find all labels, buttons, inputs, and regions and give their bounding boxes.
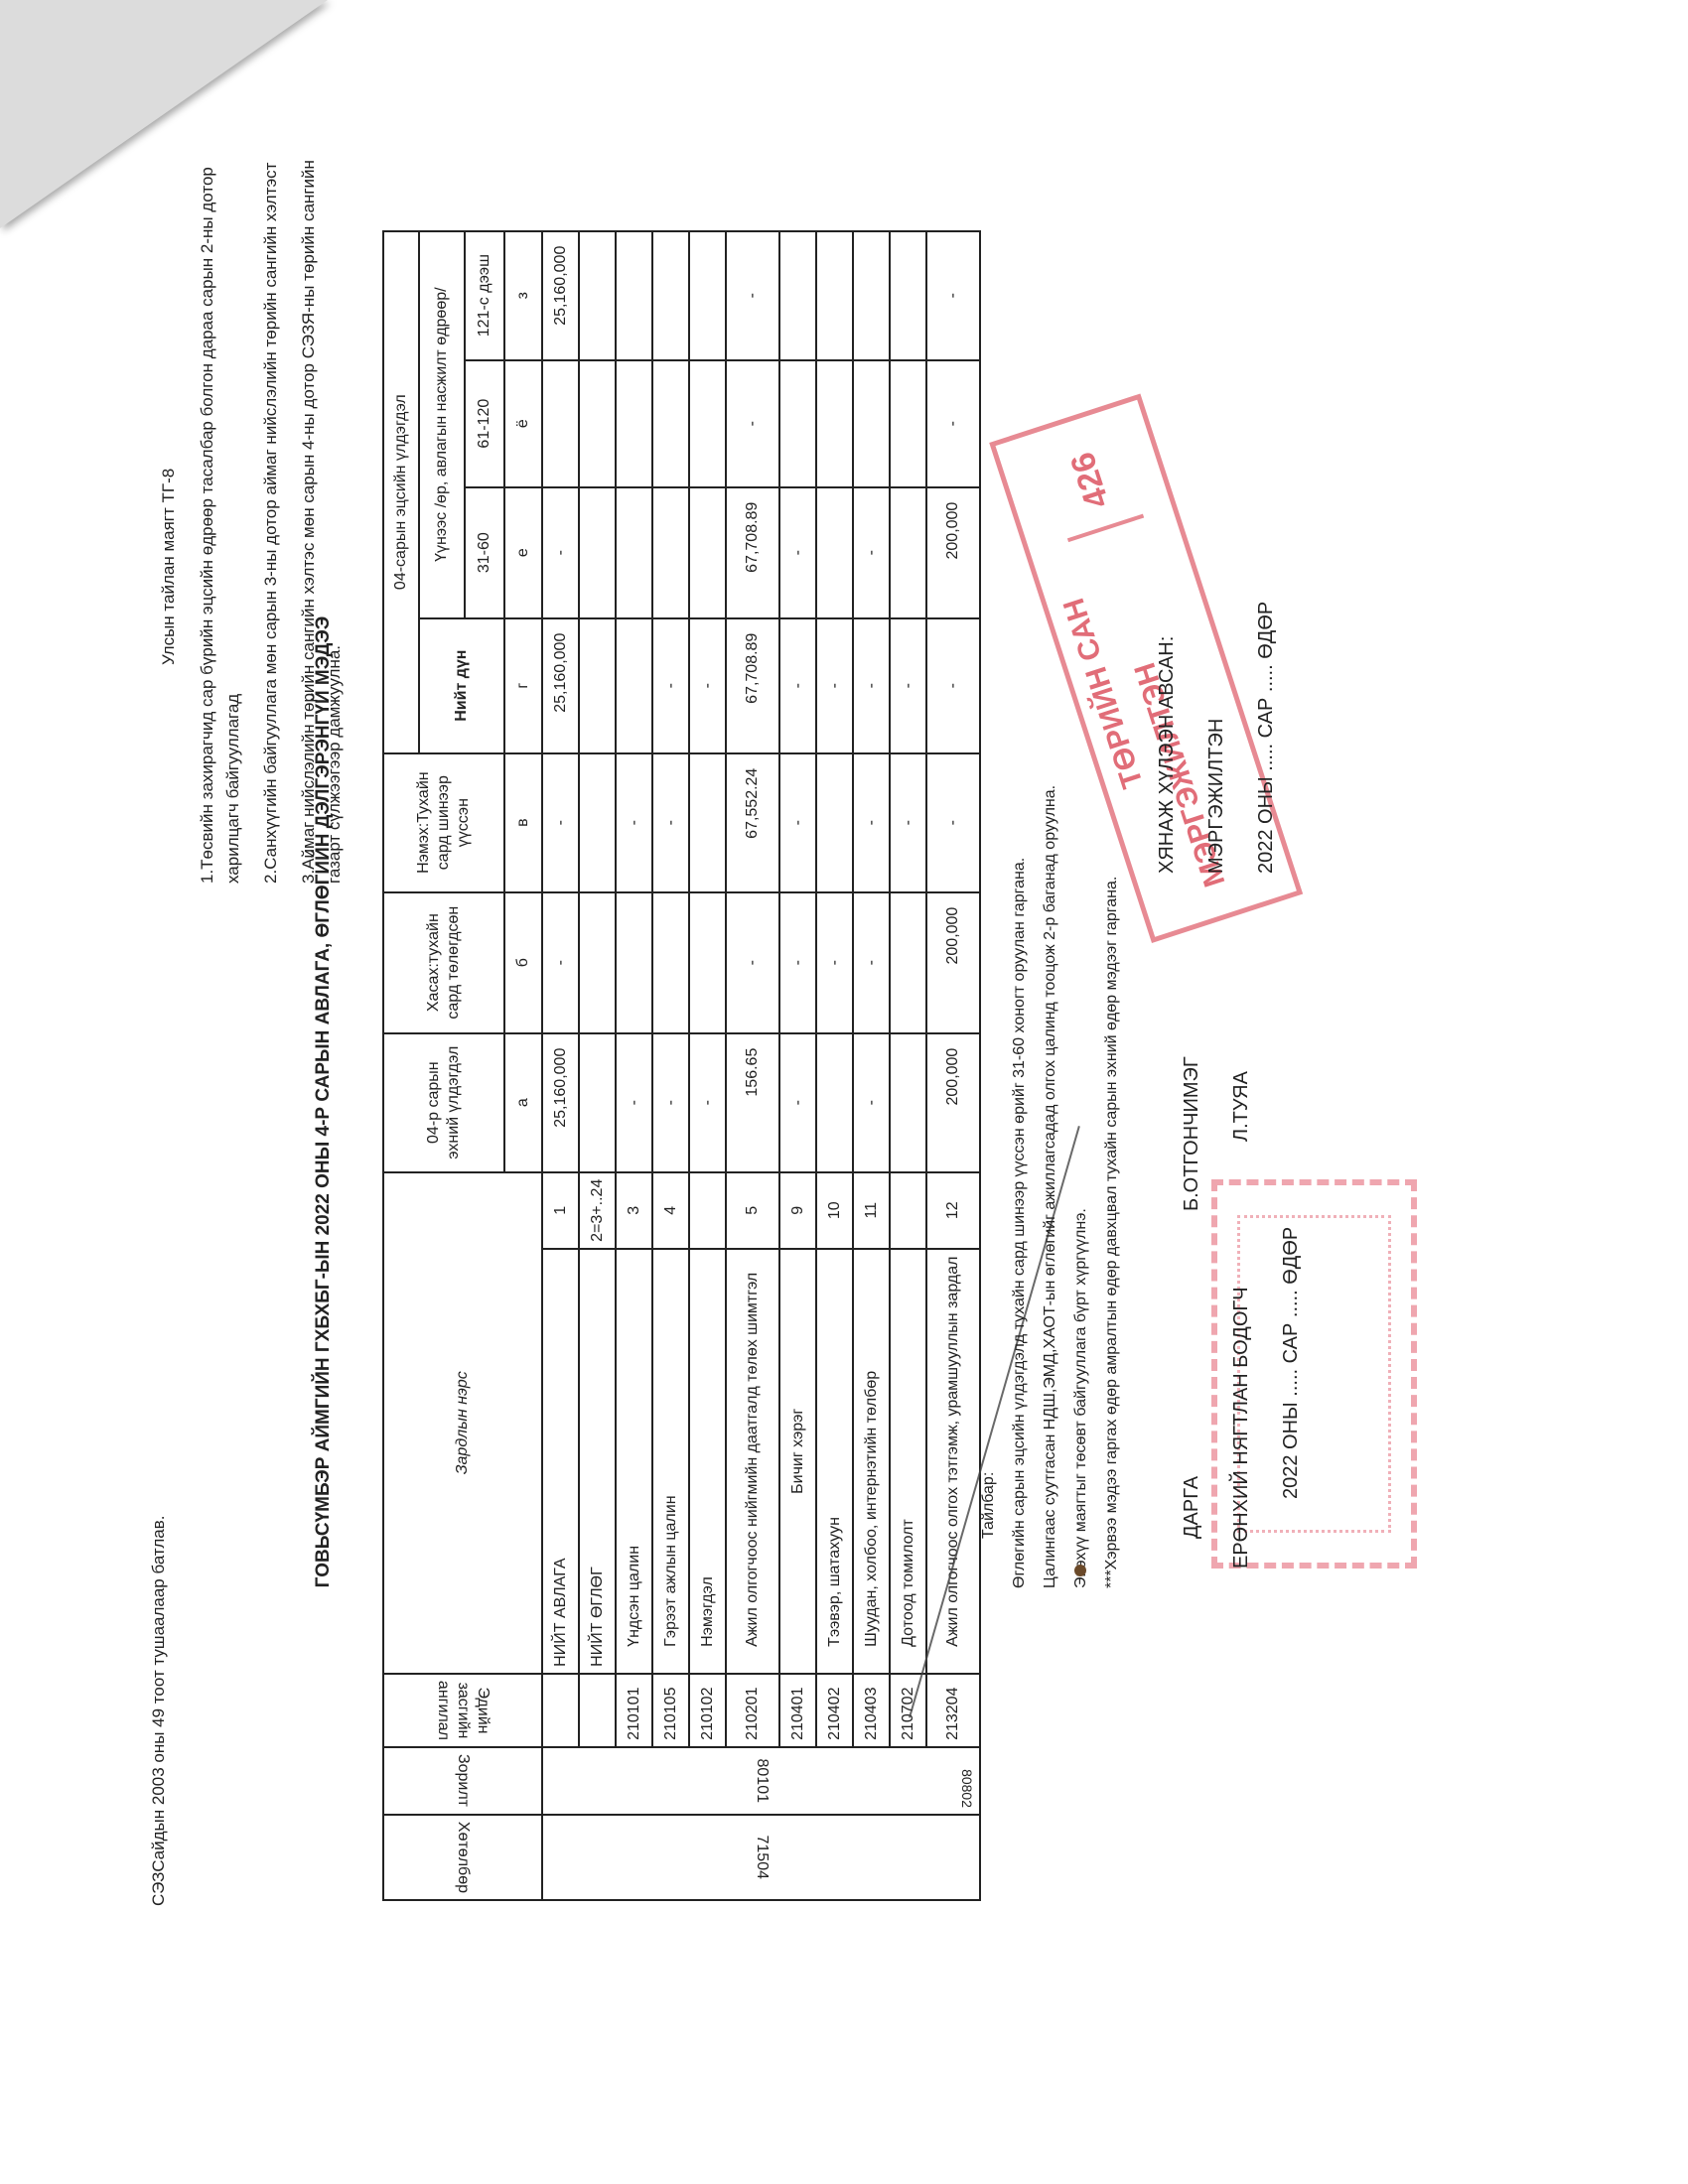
- cell-minus: [890, 892, 926, 1033]
- cell-minus: [579, 892, 616, 1033]
- expense-name: Нэмэгдэл: [689, 1249, 726, 1674]
- cell-d61-120: [779, 360, 816, 487]
- cell-opening: [816, 1033, 853, 1172]
- cell-plus: [689, 753, 726, 892]
- header-objective: Зорилт: [383, 1747, 542, 1815]
- date-line-right: 2022 ОНЫ ..... САР ..... ӨДӨР: [1241, 602, 1291, 874]
- cell-d31-60: [579, 487, 616, 618]
- row-number: [890, 1172, 926, 1249]
- expense-name: Ажил олгогчоос нийгмийн даатгалд төлөх ш…: [726, 1249, 779, 1674]
- reviewer-line-2: МЭРГЭЖИЛТЭН: [1192, 602, 1241, 874]
- signatures-left: ДАРГА Б.ОТГОНЧИМЭГ ЕРӨНХИЙ НЯГТЛАН БОДОГ…: [1167, 953, 1316, 1569]
- header-expense-name: Зардлын нэрс: [383, 1172, 542, 1674]
- cell-d61-120: [542, 360, 579, 487]
- cell-d61-120: -: [726, 360, 779, 487]
- cell-d121: [890, 231, 926, 360]
- expense-name: НИЙТ АВЛАГА: [542, 1249, 579, 1674]
- econ-code: 210702: [890, 1674, 926, 1747]
- report-sheet: СЭЗСайдын 2003 оны 49 тоот тушаалаар бат…: [0, 0, 1688, 2184]
- cell-opening: [890, 1033, 926, 1172]
- cell-d31-60: [816, 487, 853, 618]
- cell-opening: -: [779, 1033, 816, 1172]
- cell-total: [579, 618, 616, 753]
- approval-note: СЭЗСайдын 2003 оны 49 тоот тушаалаар бат…: [149, 1516, 169, 1906]
- header-aging-group: Үүнээс /өр, авлагын насжилт өдрөөр/: [419, 231, 465, 618]
- cell-opening: 25,160,000: [542, 1033, 579, 1172]
- cell-total: -: [779, 618, 816, 753]
- cell-d31-60: 200,000: [926, 487, 980, 618]
- cell-minus: [689, 892, 726, 1033]
- ink-dot: [1074, 1565, 1086, 1576]
- cell-d31-60: [689, 487, 726, 618]
- letter-a: а: [504, 1033, 542, 1172]
- header-minus: Хасах:тухайн сард төлөгдсөн: [383, 892, 504, 1033]
- cell-d121: [816, 231, 853, 360]
- footnote-label: Тайлбар:: [973, 785, 1004, 1539]
- letter-yo: ё: [504, 360, 542, 487]
- cell-minus: -: [816, 892, 853, 1033]
- row-number: 1: [542, 1172, 579, 1249]
- header-opening: 04-р сарын эхний үлдэгдэл: [383, 1033, 504, 1172]
- cell-d31-60: 67,708.89: [726, 487, 779, 618]
- cell-total: -: [853, 618, 890, 753]
- accountant-title: ЕРӨНХИЙ НЯГТЛАН БОДОГЧ: [1230, 1287, 1252, 1569]
- cell-total: -: [689, 618, 726, 753]
- receivables-payables-table: Хөтөлбөр Зорилт Эдийн засгийн ангилал За…: [382, 230, 981, 1901]
- table-row: 213204Ажил олгогчоос олгох тэтгэмж, урам…: [926, 231, 980, 1900]
- cell-d121: 25,160,000: [542, 231, 579, 360]
- cell-plus: 67,552.24: [726, 753, 779, 892]
- row-number: 2=3+..24: [579, 1172, 616, 1249]
- table-row: 715048010180802НИЙТ АВЛАГА125,160,000--2…: [542, 231, 579, 1900]
- cell-total: -: [926, 618, 980, 753]
- row-number: 5: [726, 1172, 779, 1249]
- econ-code: [579, 1674, 616, 1747]
- footnote-2: Цалингаас суутгасан НДШ,ЭМД,ХАОТ-ын өглө…: [1035, 785, 1065, 1588]
- cell-d121: [779, 231, 816, 360]
- letter-z: з: [504, 231, 542, 360]
- expense-name: Дотоод томилолт: [890, 1249, 926, 1674]
- instructions: 1.Төсвийн захирагчид сар бүрийн эцсийн ө…: [195, 129, 359, 884]
- expense-name: Бичиг хэрэг: [779, 1249, 816, 1674]
- econ-code: 210403: [853, 1674, 890, 1747]
- cell-opening: -: [689, 1033, 726, 1172]
- cell-opening: -: [853, 1033, 890, 1172]
- cell-d121: [853, 231, 890, 360]
- cell-d61-120: [616, 360, 652, 487]
- econ-code: 210101: [616, 1674, 652, 1747]
- cell-minus: -: [726, 892, 779, 1033]
- row-number: [689, 1172, 726, 1249]
- cell-opening: 200,000: [926, 1033, 980, 1172]
- cell-plus: -: [616, 753, 652, 892]
- signatures-right: ХЯНАЖ ХҮЛЭЭН АВСАН: МЭРГЭЖИЛТЭН 2022 ОНЫ…: [1142, 602, 1291, 874]
- table-row: 210702Дотоод томилолт--: [890, 231, 926, 1900]
- letter-g: г: [504, 618, 542, 753]
- cell-d61-120: [816, 360, 853, 487]
- reviewer-line-1: ХЯНАЖ ХҮЛЭЭН АВСАН:: [1142, 602, 1192, 874]
- form-id: Улсын тайлан маягт ТГ-8: [159, 469, 179, 665]
- row-number: 3: [616, 1172, 652, 1249]
- econ-code: 210401: [779, 1674, 816, 1747]
- cell-plus: [816, 753, 853, 892]
- cell-d31-60: [616, 487, 652, 618]
- cell-d31-60: [890, 487, 926, 618]
- cell-plus: -: [853, 753, 890, 892]
- cell-total: 25,160,000: [542, 618, 579, 753]
- footnotes: Тайлбар: Өглөгийн сарын эцсийн үлдэгдэлд…: [973, 785, 1127, 1588]
- cell-minus: -: [853, 892, 890, 1033]
- table-row: 210403Шуудан, холбоо, интернэтийн төлбөр…: [853, 231, 890, 1900]
- cell-minus: -: [779, 892, 816, 1033]
- header-121-plus: 121-с дээш: [465, 231, 504, 360]
- cell-d31-60: -: [779, 487, 816, 618]
- cell-d61-120: [853, 360, 890, 487]
- chief-title: ДАРГА: [1181, 1476, 1202, 1539]
- footnote-4: ***Хэрвээ мэдээ гаргах өдөр амралтын өдө…: [1096, 785, 1127, 1588]
- cell-d31-60: -: [542, 487, 579, 618]
- cell-minus: -: [542, 892, 579, 1033]
- header-total: Нийт дүн: [419, 618, 504, 753]
- econ-code: 210102: [689, 1674, 726, 1747]
- cell-plus: -: [652, 753, 689, 892]
- table-row: 210105Гэрээт ажлын цалин4---: [652, 231, 689, 1900]
- cell-d61-120: [652, 360, 689, 487]
- cell-d61-120: [890, 360, 926, 487]
- footnote-1: Өглөгийн сарын эцсийн үлдэгдэлд тухайн с…: [1004, 785, 1035, 1588]
- footnote-3: Энэхүү маягтыг төсөвт байгууллага бүрт х…: [1065, 785, 1096, 1588]
- header-closing-group: 04-сарын эцсийн үлдэгдэл: [383, 231, 419, 753]
- table-row: 210201Ажил олгогчоос нийгмийн даатгалд т…: [726, 231, 779, 1900]
- header-program: Хөтөлбөр: [383, 1815, 542, 1900]
- cell-d31-60: [652, 487, 689, 618]
- accountant-name: Л.ТУЯА: [1216, 1071, 1266, 1142]
- chief-name: Б.ОТГОНЧИМЭГ: [1167, 1056, 1216, 1211]
- report-title: ГОВЬСҮМБЭР АЙМГИЙН ГХБХБГ-ЫН 2022 ОНЫ 4-…: [313, 20, 335, 2184]
- objective-codes: 8010180802: [542, 1747, 980, 1815]
- cell-minus: [652, 892, 689, 1033]
- row-number: 4: [652, 1172, 689, 1249]
- cell-opening: 156.65: [726, 1033, 779, 1172]
- cell-total: -: [816, 618, 853, 753]
- letter-v: в: [504, 753, 542, 892]
- cell-plus: -: [890, 753, 926, 892]
- header-plus: Нэмэх:Тухайн сард шинээр үүссэн: [383, 753, 504, 892]
- cell-opening: -: [616, 1033, 652, 1172]
- table-row: 210102Нэмэгдэл--: [689, 231, 726, 1900]
- cell-d121: -: [926, 231, 980, 360]
- table-row: НИЙТ ӨГЛӨГ2=3+..24: [579, 231, 616, 1900]
- row-number: 10: [816, 1172, 853, 1249]
- cell-d61-120: -: [926, 360, 980, 487]
- cell-plus: [579, 753, 616, 892]
- header-econ-class: Эдийн засгийн ангилал: [383, 1674, 542, 1747]
- date-line-left: 2022 ОНЫ ..... САР ..... ӨДӨР: [1266, 953, 1316, 1499]
- econ-code: 210402: [816, 1674, 853, 1747]
- row-number: 11: [853, 1172, 890, 1249]
- table-row: 210101Үндсэн цалин3--: [616, 231, 652, 1900]
- cell-plus: -: [926, 753, 980, 892]
- expense-name: Үндсэн цалин: [616, 1249, 652, 1674]
- cell-opening: -: [652, 1033, 689, 1172]
- cell-d121: [689, 231, 726, 360]
- econ-code: 213204: [926, 1674, 980, 1747]
- header-31-60: 31-60: [465, 487, 504, 618]
- econ-code: 210105: [652, 1674, 689, 1747]
- program-code: 71504: [542, 1815, 980, 1900]
- cell-total: [616, 618, 652, 753]
- expense-name: Ажил олгогчоос олгох тэтгэмж, урамшууллы…: [926, 1249, 980, 1674]
- cell-minus: [616, 892, 652, 1033]
- cell-d61-120: [579, 360, 616, 487]
- cell-minus: 200,000: [926, 892, 980, 1033]
- econ-code: [542, 1674, 579, 1747]
- expense-name: Шуудан, холбоо, интернэтийн төлбөр: [853, 1249, 890, 1674]
- cell-total: 67,708.89: [726, 618, 779, 753]
- instruction-1: 1.Төсвийн захирагчид сар бүрийн эцсийн ө…: [195, 129, 246, 884]
- expense-name: Гэрээт ажлын цалин: [652, 1249, 689, 1674]
- cell-plus: -: [542, 753, 579, 892]
- cell-total: -: [890, 618, 926, 753]
- cell-d121: [616, 231, 652, 360]
- expense-name: Тээвэр, шатахуун: [816, 1249, 853, 1674]
- cell-plus: -: [779, 753, 816, 892]
- cell-d61-120: [689, 360, 726, 487]
- expense-name: НИЙТ ӨГЛӨГ: [579, 1249, 616, 1674]
- cell-total: -: [652, 618, 689, 753]
- header-61-120: 61-120: [465, 360, 504, 487]
- cell-d121: [652, 231, 689, 360]
- cell-d121: [579, 231, 616, 360]
- table-row: 210402Тээвэр, шатахуун10--: [816, 231, 853, 1900]
- cell-d121: -: [726, 231, 779, 360]
- econ-code: 210201: [726, 1674, 779, 1747]
- cell-opening: [579, 1033, 616, 1172]
- letter-e: е: [504, 487, 542, 618]
- table-row: 210401Бичиг хэрэг9-----: [779, 231, 816, 1900]
- letter-b: б: [504, 892, 542, 1033]
- cell-d31-60: -: [853, 487, 890, 618]
- row-number: 9: [779, 1172, 816, 1249]
- row-number: 12: [926, 1172, 980, 1249]
- instruction-2: 2.Санхүүгийн байгууллага мөн сарын 3-ны …: [258, 129, 284, 884]
